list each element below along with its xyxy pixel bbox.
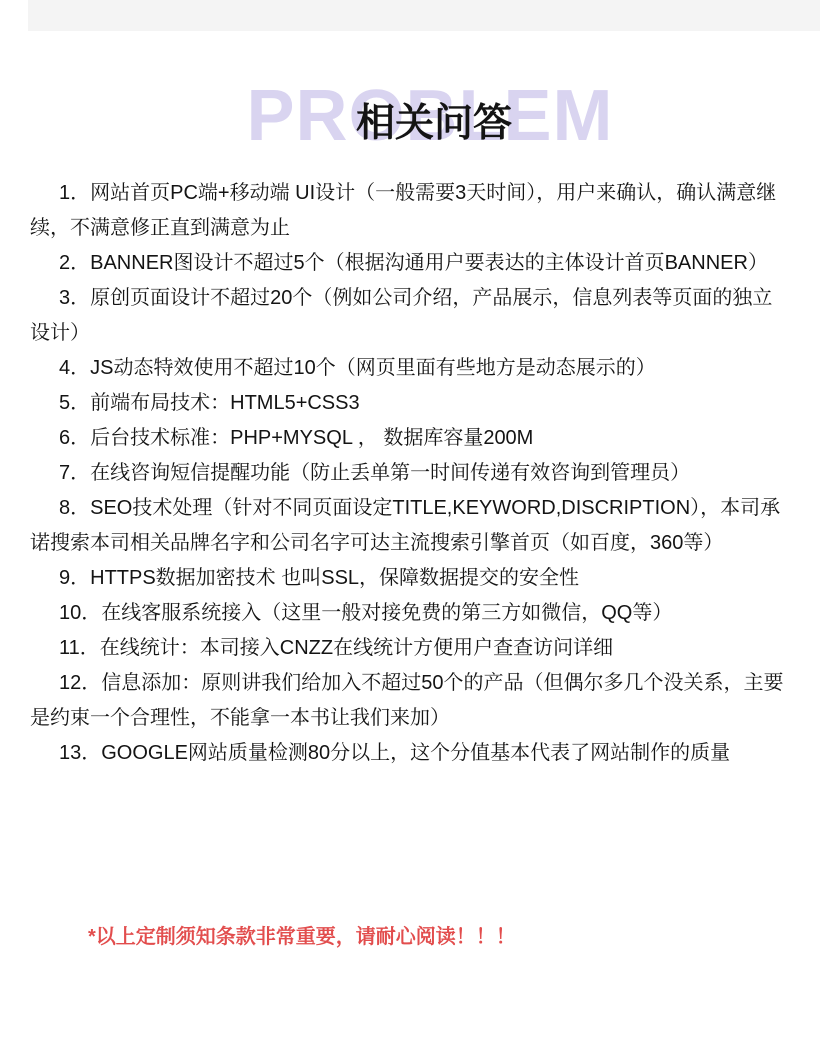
qa-item: 5．前端布局技术：HTML5+CSS3 bbox=[30, 386, 792, 421]
qa-item: 12．信息添加：原则讲我们给加入不超过50个的产品（但偶尔多几个没关系，主要是约… bbox=[30, 666, 792, 736]
qa-item: 6．后台技术标准：PHP+MYSQL ， 数据库容量200M bbox=[30, 421, 792, 456]
qa-item: 11．在线统计：本司接入CNZZ在线统计方便用户查查访问详细 bbox=[30, 631, 792, 666]
qa-item: 10．在线客服系统接入（这里一般对接免费的第三方如微信，QQ等） bbox=[30, 596, 792, 631]
qa-item: 13．GOOGLE网站质量检测80分以上，这个分值基本代表了网站制作的质量 bbox=[30, 736, 792, 771]
footer-warning: *以上定制须知条款非常重要，请耐心阅读！！！ bbox=[88, 925, 516, 949]
qa-item: 7．在线咨询短信提醒功能（防止丢单第一时间传递有效咨询到管理员） bbox=[30, 456, 792, 491]
qa-item: 4．JS动态特效使用不超过10个（网页里面有些地方是动态展示的） bbox=[30, 351, 792, 386]
qa-list: 1．网站首页PC端+移动端 UI设计（一般需要3天时间），用户来确认，确认满意继… bbox=[30, 176, 792, 771]
page-header: PROBLEM 相关问答 bbox=[0, 0, 820, 165]
qa-item: 8．SEO技术处理（针对不同页面设定TITLE,KEYWORD,DISCRIPT… bbox=[30, 491, 792, 561]
qa-item: 3．原创页面设计不超过20个（例如公司介绍，产品展示，信息列表等页面的独立设计） bbox=[30, 281, 792, 351]
qa-item: 2．BANNER图设计不超过5个（根据沟通用户要表达的主体设计首页BANNER） bbox=[30, 246, 792, 281]
qa-item: 1．网站首页PC端+移动端 UI设计（一般需要3天时间），用户来确认，确认满意继… bbox=[30, 176, 792, 246]
page-title: 相关问答 bbox=[356, 104, 512, 143]
qa-item: 9．HTTPS数据加密技术 也叫SSL，保障数据提交的安全性 bbox=[30, 561, 792, 596]
